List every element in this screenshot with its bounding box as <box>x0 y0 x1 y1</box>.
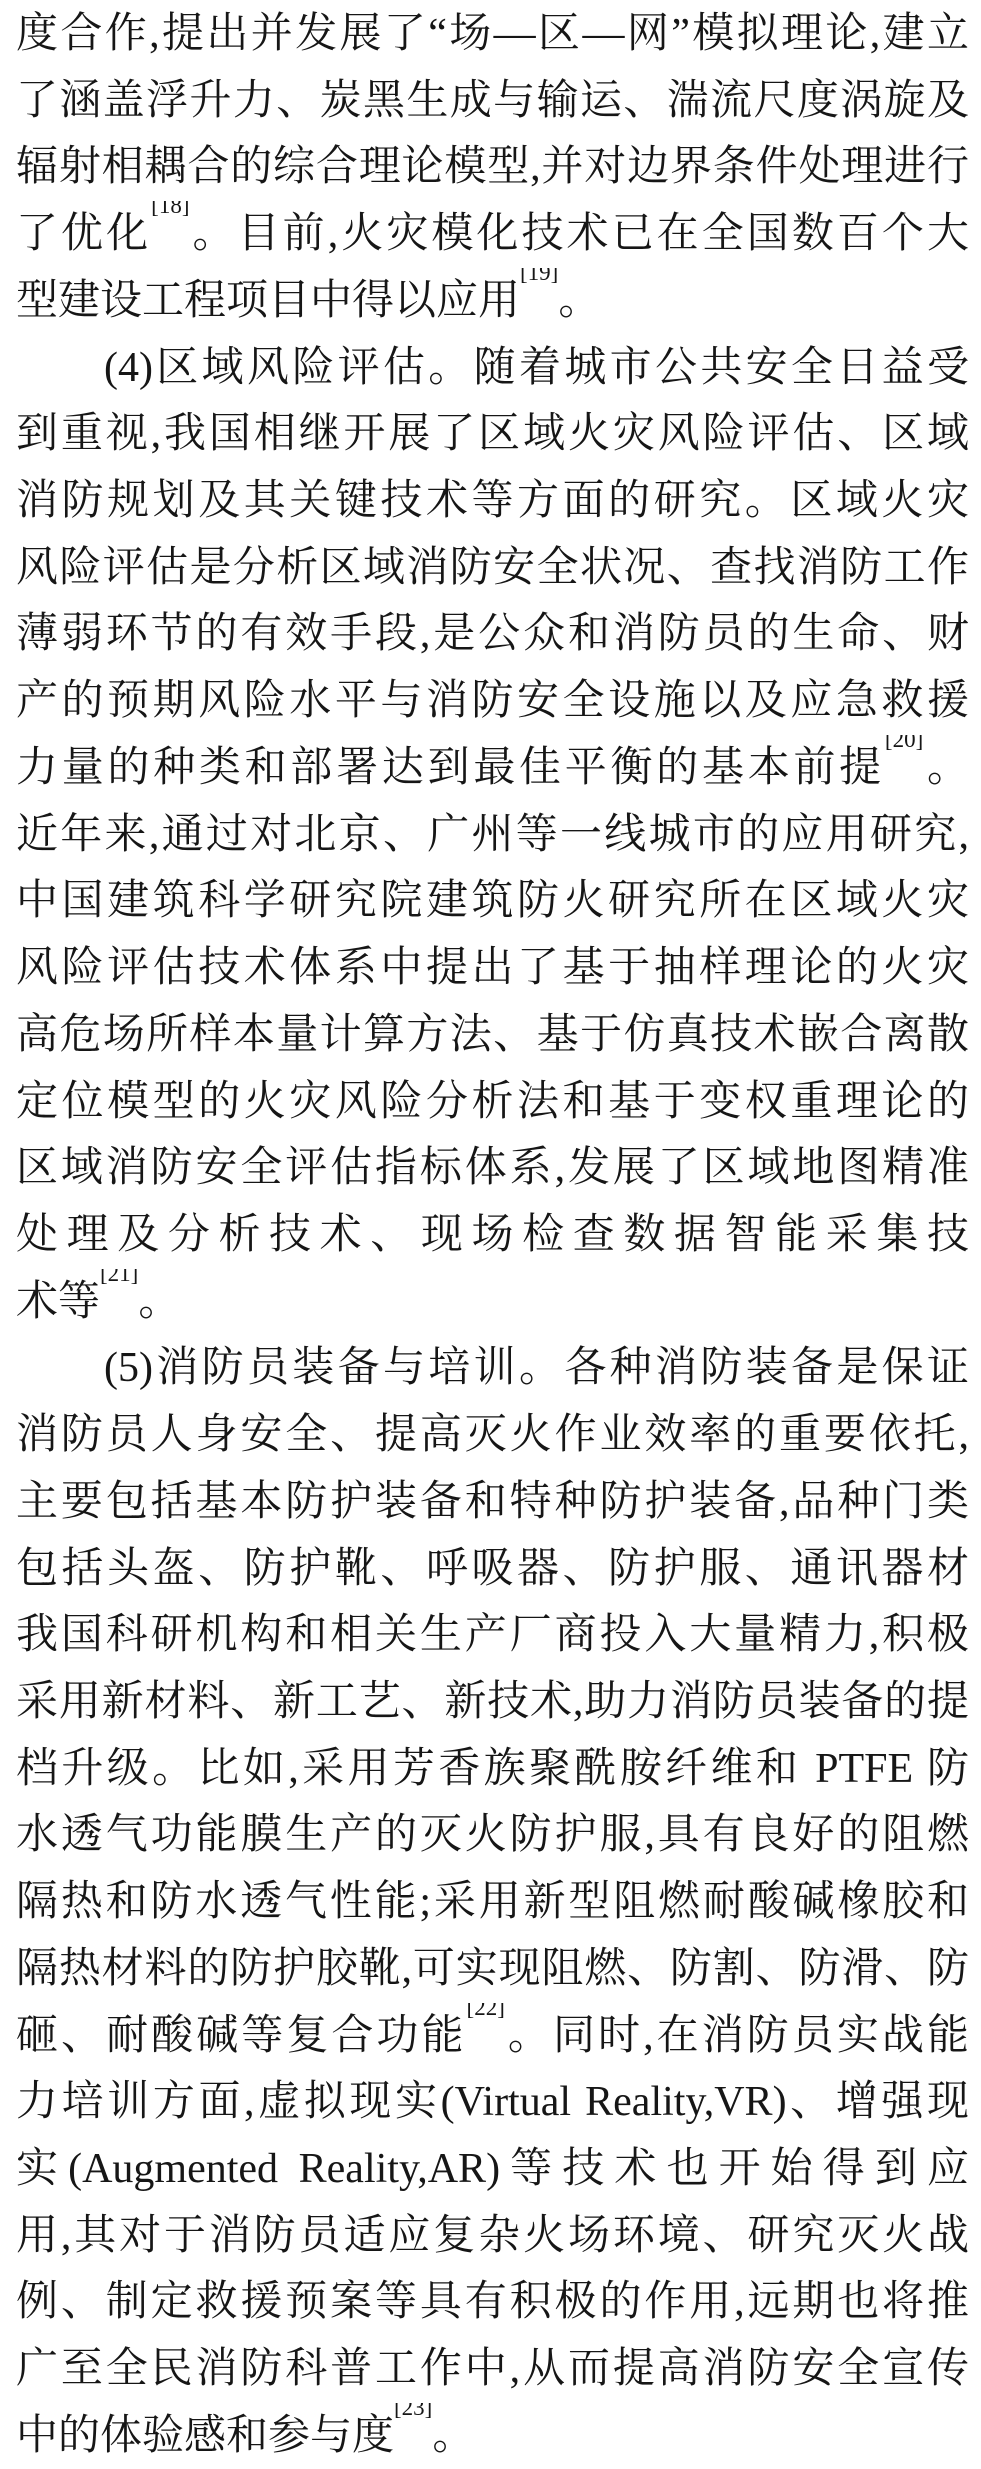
text-line: 术等[21]。 <box>16 1269 969 1336</box>
text-segment: 。 <box>923 745 969 791</box>
text-line: 砸、耐酸碱等复合功能[22]。同时,在消防员实战能 <box>16 2003 969 2070</box>
text-line: 近年来,通过对北京、广州等一线城市的应用研究, <box>16 802 969 869</box>
text-segment: 处理及分析技术、现场检查数据智能采集技 <box>16 1212 969 1258</box>
text-segment: 力量的种类和部署达到最佳平衡的基本前提 <box>16 745 885 791</box>
citation-ref: [19] <box>520 268 558 285</box>
text-line: 广至全民消防科普工作中,从而提高消防安全宣传 <box>16 2336 969 2403</box>
text-segment: 了优化 <box>16 211 151 257</box>
text-segment: 中国建筑科学研究院建筑防火研究所在区域火灾 <box>16 878 969 924</box>
text-line: 中的体验感和参与度[23]。 <box>16 2403 969 2469</box>
citation-ref: [21] <box>100 1269 138 1286</box>
text-segment: (5)消防员装备与培训。各种消防装备是保证 <box>104 1345 969 1391</box>
text-line: (5)消防员装备与培训。各种消防装备是保证 <box>16 1335 969 1402</box>
text-segment: 风险评估是分析区域消防安全状况、查找消防工作 <box>16 545 969 591</box>
text-segment: 到重视,我国相继开展了区域火灾风险评估、区域 <box>16 411 969 457</box>
text-line: 到重视,我国相继开展了区域火灾风险评估、区域 <box>16 401 969 468</box>
paragraph: 度合作,提出并发展了“场—区—网”模拟理论,建立了涵盖浮升力、炭黑生成与输运、湍… <box>16 1 969 335</box>
text-line: 力培训方面,虚拟现实(Virtual Reality,VR)、增强现 <box>16 2069 969 2136</box>
text-line: 中国建筑科学研究院建筑防火研究所在区域火灾 <box>16 868 969 935</box>
text-line: 例、制定救援预案等具有积极的作用,远期也将推 <box>16 2269 969 2336</box>
text-line: 处理及分析技术、现场检查数据智能采集技 <box>16 1202 969 1269</box>
text-segment: 了涵盖浮升力、炭黑生成与输运、湍流尺度涡旋及热 <box>16 78 969 135</box>
text-segment: 风险评估技术体系中提出了基于抽样理论的火灾 <box>16 945 969 991</box>
text-line: 产的预期风险水平与消防安全设施以及应急救援 <box>16 668 969 735</box>
text-segment: 型建设工程项目中得以应用 <box>16 278 520 324</box>
text-segment: 广至全民消防科普工作中,从而提高消防安全宣传 <box>16 2346 969 2392</box>
text-line: 用,其对于消防员适应复杂火场环境、研究灭火战 <box>16 2203 969 2270</box>
text-segment: 。 <box>138 1279 180 1325</box>
text-segment: 隔热和防水透气性能;采用新型阻燃耐酸碱橡胶和 <box>16 1879 969 1925</box>
text-line: 消防规划及其关键技术等方面的研究。区域火灾 <box>16 468 969 535</box>
text-segment: 。同时,在消防员实战能 <box>505 2013 969 2059</box>
text-segment: 中的体验感和参与度 <box>16 2413 394 2459</box>
citation-ref: [18] <box>151 201 189 218</box>
text-segment: 隔热材料的防护胶靴,可实现阻燃、防割、防滑、防 <box>16 1946 969 1992</box>
citation-ref: [23] <box>394 2403 432 2420</box>
text-segment: 砸、耐酸碱等复合功能 <box>16 2013 467 2059</box>
text-line: 风险评估技术体系中提出了基于抽样理论的火灾 <box>16 935 969 1002</box>
text-line: 薄弱环节的有效手段,是公众和消防员的生命、财 <box>16 601 969 668</box>
text-segment: 力培训方面,虚拟现实(Virtual Reality,VR)、增强现 <box>16 2079 969 2125</box>
text-segment: 辐射相耦合的综合理论模型,并对边界条件处理进行 <box>16 144 969 190</box>
text-line: 风险评估是分析区域消防安全状况、查找消防工作 <box>16 535 969 602</box>
text-line: 度合作,提出并发展了“场—区—网”模拟理论,建立 <box>16 1 969 68</box>
text-segment: 。 <box>558 278 600 324</box>
text-segment: 采用新材料、新工艺、新技术,助力消防员装备的提 <box>16 1679 969 1725</box>
text-segment: 主要包括基本防护装备和特种防护装备,品种门类 <box>16 1479 969 1525</box>
text-segment: 度合作,提出并发展了“场—区—网”模拟理论,建立 <box>16 11 969 57</box>
text-segment: 消防员人身安全、提高灭火作业效率的重要依托, <box>16 1412 969 1458</box>
text-line: 高危场所样本量计算方法、基于仿真技术嵌合离散 <box>16 1002 969 1069</box>
text-line: 型建设工程项目中得以应用[19]。 <box>16 268 969 335</box>
text-segment: 。目前,火灾模化技术已在全国数百个大 <box>190 211 969 257</box>
text-line: 了优化[18]。目前,火灾模化技术已在全国数百个大 <box>16 201 969 268</box>
text-segment: 术等 <box>16 1279 100 1325</box>
text-segment: 用,其对于消防员适应复杂火场环境、研究灭火战 <box>16 2213 969 2259</box>
text-segment: 水透气功能膜生产的灭火防护服,具有良好的阻燃 <box>16 1812 969 1858</box>
text-line: 主要包括基本防护装备和特种防护装备,品种门类 <box>16 1469 969 1536</box>
citation-ref: [22] <box>467 2003 505 2020</box>
paragraph: (4)区域风险评估。随着城市公共安全日益受到重视,我国相继开展了区域火灾风险评估… <box>16 335 969 1336</box>
citation-ref: [20] <box>885 735 923 752</box>
text-segment: 近年来,通过对北京、广州等一线城市的应用研究, <box>16 812 969 858</box>
text-line: 区域消防安全评估指标体系,发展了区域地图精准 <box>16 1135 969 1202</box>
text-segment: 例、制定救援预案等具有积极的作用,远期也将推 <box>16 2279 969 2325</box>
text-line: 力量的种类和部署达到最佳平衡的基本前提[20]。 <box>16 735 969 802</box>
text-line: 实(Augmented Reality,AR)等技术也开始得到应 <box>16 2136 969 2203</box>
text-segment: 消防规划及其关键技术等方面的研究。区域火灾 <box>16 478 969 524</box>
text-segment: 区域消防安全评估指标体系,发展了区域地图精准 <box>16 1145 969 1191</box>
text-line: 档升级。比如,采用芳香族聚酰胺纤维和 PTFE 防 <box>16 1736 969 1803</box>
text-line: (4)区域风险评估。随着城市公共安全日益受 <box>16 335 969 402</box>
page-content: 度合作,提出并发展了“场—区—网”模拟理论,建立了涵盖浮升力、炭黑生成与输运、湍… <box>0 0 981 2469</box>
text-line: 消防员人身安全、提高灭火作业效率的重要依托, <box>16 1402 969 1469</box>
text-segment: 高危场所样本量计算方法、基于仿真技术嵌合离散 <box>16 1012 969 1058</box>
text-line: 包括头盔、防护靴、呼吸器、防护服、通讯器材等。 <box>16 1536 969 1603</box>
text-line: 我国科研机构和相关生产厂商投入大量精力,积极 <box>16 1602 969 1669</box>
text-segment: 薄弱环节的有效手段,是公众和消防员的生命、财 <box>16 611 969 657</box>
text-line: 定位模型的火灾风险分析法和基于变权重理论的 <box>16 1069 969 1136</box>
text-segment: 定位模型的火灾风险分析法和基于变权重理论的 <box>16 1079 969 1125</box>
text-segment: 实(Augmented Reality,AR)等技术也开始得到应 <box>16 2146 969 2192</box>
text-line: 水透气功能膜生产的灭火防护服,具有良好的阻燃 <box>16 1802 969 1869</box>
text-segment: 。 <box>432 2413 474 2459</box>
text-line: 了涵盖浮升力、炭黑生成与输运、湍流尺度涡旋及热 <box>16 68 969 135</box>
text-segment: 我国科研机构和相关生产厂商投入大量精力,积极 <box>16 1612 969 1658</box>
text-line: 隔热和防水透气性能;采用新型阻燃耐酸碱橡胶和 <box>16 1869 969 1936</box>
text-segment: 包括头盔、防护靴、呼吸器、防护服、通讯器材等。 <box>16 1546 969 1603</box>
text-line: 采用新材料、新工艺、新技术,助力消防员装备的提 <box>16 1669 969 1736</box>
paragraph: (5)消防员装备与培训。各种消防装备是保证消防员人身安全、提高灭火作业效率的重要… <box>16 1335 969 2469</box>
text-segment: 产的预期风险水平与消防安全设施以及应急救援 <box>16 678 969 724</box>
text-segment: (4)区域风险评估。随着城市公共安全日益受 <box>104 345 969 391</box>
text-line: 辐射相耦合的综合理论模型,并对边界条件处理进行 <box>16 134 969 201</box>
text-segment: 档升级。比如,采用芳香族聚酰胺纤维和 PTFE 防 <box>16 1746 969 1792</box>
text-line: 隔热材料的防护胶靴,可实现阻燃、防割、防滑、防 <box>16 1936 969 2003</box>
